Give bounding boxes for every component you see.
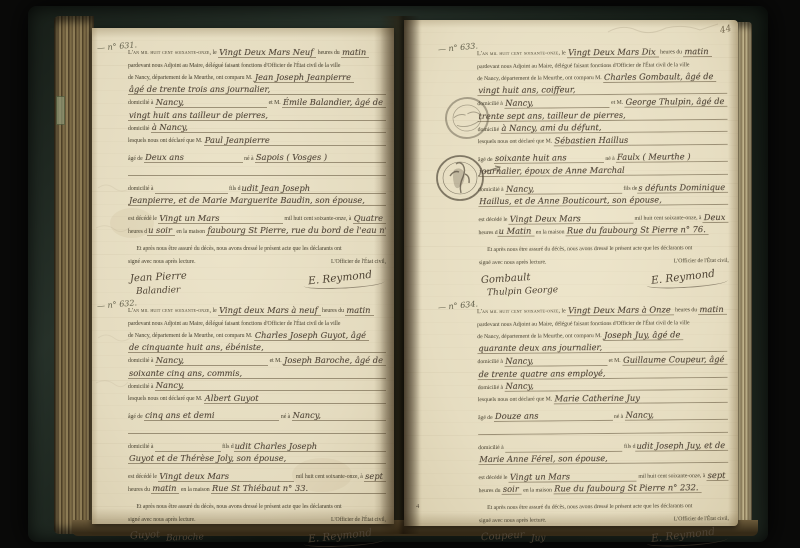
rule-line: [245, 370, 386, 379]
handwritten-entry: Paul Jeanpierre: [204, 135, 273, 146]
form-line: L'an mil huit cent soixante-onze, le Vin…: [128, 45, 386, 58]
printed-form-text: L'an mil huit cent soixante-onze,: [128, 308, 211, 316]
pencil-flourish: [604, 22, 724, 38]
printed-form-text: fils de: [622, 186, 637, 194]
handwritten-entry: Nancy,: [155, 97, 187, 108]
register-page-right: 44 4: [404, 20, 738, 526]
rule-line: [584, 214, 633, 223]
handwritten-entry: Nancy,: [155, 380, 187, 391]
handwritten-entry: Nancy,: [625, 410, 658, 421]
edge-label-sticker: [56, 96, 65, 125]
handwritten-entry: soixante cinq ans, commis,: [128, 368, 245, 379]
rule-line: [541, 412, 612, 422]
printed-form-text: heures du: [316, 50, 341, 58]
rule-line: [187, 382, 386, 391]
printed-form-text: fils d: [221, 444, 234, 452]
printed-form-text: le: [211, 308, 218, 316]
handwritten-entry: Vingt deux Mars: [158, 471, 232, 482]
handwritten-entry: à Nancy, ami du défunt,: [500, 122, 604, 134]
printed-form-text: âgé de: [128, 414, 144, 422]
form-line: domicilié à fils dudit Jean Joseph: [128, 181, 386, 194]
declarant-signatures: Gombault Thulpin George: [481, 272, 558, 297]
form-line: signé avec nous après lecture.L'Officier…: [479, 253, 729, 268]
form-line: est décédé le Vingt un Mars mil huit cen…: [478, 468, 728, 483]
handwritten-entry: u soir: [147, 225, 175, 236]
printed-form-text: en la maison: [534, 229, 566, 237]
handwritten-entry: Albert Guyot: [204, 393, 262, 404]
form-line: vingt huit ans tailleur de pierres,: [128, 108, 386, 121]
form-line: signé avec nous après lecture.L'Officier…: [479, 511, 729, 526]
printed-form-text: de Nancy, département de la Meurthe, ont…: [128, 75, 254, 83]
printed-form-text: heures du: [674, 307, 699, 315]
rule-line: [128, 425, 386, 434]
rule-line: [187, 99, 267, 108]
printed-form-text: domicilié à: [478, 385, 505, 393]
death-record-631: — n° 631. L'an mil huit cent soixante-on…: [128, 45, 386, 296]
rule-line: [368, 197, 386, 206]
officer-signature: E. Reymond: [307, 268, 372, 287]
printed-form-text: né à: [279, 414, 291, 422]
rule-line: [262, 395, 386, 404]
handwritten-entry: journalier, époux de Anne Marchal: [478, 165, 628, 177]
rule-line: [191, 124, 386, 133]
form-line: de trente quatre ans employé,: [478, 365, 728, 380]
handwritten-entry: Guillaume Coupeur, âgé: [622, 354, 727, 366]
rule-line: [217, 412, 279, 421]
handwritten-entry: Vingt un Mars: [509, 471, 573, 483]
handwritten-entry: trente sept ans, tailleur de pierres,: [477, 109, 628, 121]
form-line: âgé de cinq ans et demi né à Nancy,: [128, 409, 386, 422]
rule-line: [187, 357, 268, 366]
rule-line: [155, 443, 221, 452]
death-record-633: — n° 633. L'an mil huit cent soixante-on…: [477, 44, 729, 297]
rule-line: [537, 99, 610, 109]
form-line: domicilié à Nancy, et M. Guillaume Coupe…: [477, 352, 727, 367]
corner-page-number: 44: [719, 24, 733, 36]
printed-form-text: L'Officier de l'État civil,: [674, 258, 729, 266]
rule-line: [611, 454, 729, 464]
handwritten-entry: udit Joseph Juy, et de: [635, 439, 728, 451]
rule-line: [537, 357, 608, 367]
rule-line: [187, 154, 243, 163]
form-line: âgé de Douze ans né à Nancy,: [478, 408, 728, 423]
handwritten-entry: Haillus, et de Anne Bouticourt, son épou…: [478, 195, 665, 208]
form-line: de Nancy, département de la Meurthe, ont…: [128, 70, 386, 83]
rule-line: [631, 136, 728, 146]
handwritten-entry: Nancy,: [292, 410, 324, 421]
form-line: pardevant nous Adjoint au Maire, délégué…: [128, 316, 386, 329]
declarant-signature: Guyot: [130, 529, 161, 544]
printed-form-text: est décédé le: [478, 217, 508, 225]
rule-line: [604, 123, 727, 133]
form-line: âgé de trente trois ans journalier,: [128, 83, 386, 96]
printed-form-text: domicilié à: [128, 100, 155, 108]
rule-line: [629, 110, 728, 120]
handwritten-entry: matin: [698, 304, 726, 315]
handwritten-entry: Marie Anne Férel, son épouse,: [478, 453, 611, 465]
form-line: domicilié à Nancy, et M. Émile Balandier…: [128, 95, 386, 108]
form-line: lesquels nous ont déclaré que M. Marie C…: [478, 390, 728, 405]
printed-form-text: signé avec nous après lecture.: [479, 517, 547, 525]
handwritten-entry: Faulx ( Meurthe ): [616, 152, 694, 164]
printed-form-text: mil huit cent soixante-onze, à: [294, 474, 364, 482]
printed-form-text: et M.: [268, 358, 283, 366]
declarant-signatures: Guyot Baroche: [130, 530, 204, 543]
form-line: heures du Matin en la maison Rue du faub…: [478, 223, 728, 238]
officer-signature: E. Reymond: [307, 526, 372, 545]
handwritten-entry: udit Charles Joseph: [234, 441, 321, 452]
rule-line: [313, 185, 386, 194]
handwritten-entry: Vingt un Mars: [158, 213, 222, 224]
printed-form-text: L'Officier de l'État civil,: [331, 259, 386, 267]
handwritten-entry: Douze ans: [494, 411, 542, 422]
signatures-row: Guyot Baroche E. Reymond: [128, 530, 386, 543]
form-line: est décédé le Vingt un Mars mil huit cen…: [128, 211, 386, 224]
form-line: L'an mil huit cent soixante-onze, le Vin…: [477, 302, 727, 317]
form-line: Et après nous être assuré du décès, nous…: [128, 499, 386, 512]
form-line: heures du matin en la maison Rue St Thié…: [128, 482, 386, 495]
handwritten-entry: Nancy,: [504, 356, 537, 367]
printed-form-text: heures du: [659, 49, 684, 57]
handwritten-entry: Vingt Deux Mars à Onze: [567, 304, 674, 316]
handwritten-entry: de trente quatre ans employé,: [478, 368, 609, 380]
rule-line: [232, 473, 294, 482]
printed-form-text: L'an mil huit cent soixante-onze,: [477, 50, 560, 58]
declarant-signature: Thulpin George: [487, 285, 558, 298]
handwritten-entry: matin: [341, 47, 369, 58]
printed-form-text: est décédé le: [478, 475, 508, 483]
rule-line: [665, 196, 728, 206]
rule-line: [271, 112, 386, 121]
printed-form-text: et M.: [607, 358, 622, 366]
printed-form-text: le: [211, 50, 218, 58]
rule-line: [570, 154, 604, 163]
form-line: âgé de Deux ans né à Sapois ( Vosges ): [128, 151, 386, 164]
form-line: domicilié à Nancy,: [128, 379, 386, 392]
printed-form-text: né à: [612, 414, 624, 422]
form-line: heures du soir en la maison faubourg St …: [128, 224, 386, 237]
handwritten-entry: Vingt Deux Mars Neuf: [218, 47, 316, 58]
printed-form-text: et M.: [610, 100, 625, 108]
handwritten-entry: Vingt Deux Mars Dix: [567, 46, 659, 58]
signatures-row: Gombault Thulpin George E. Reymond: [479, 270, 729, 296]
handwritten-entry: Sapois ( Vosges ): [255, 152, 330, 163]
declarant-signature: Coupeur: [481, 529, 525, 545]
handwritten-entry: Nancy,: [505, 183, 538, 194]
handwritten-entry: s défunts Dominique: [637, 181, 728, 193]
printed-form-text: né à: [243, 156, 255, 164]
page-edges-left: [54, 16, 94, 534]
printed-form-text: signé avec nous après lecture.: [128, 259, 196, 267]
form-line: domicilié à Nancy, fils des défunts Domi…: [478, 180, 728, 195]
handwritten-entry: matin: [345, 305, 373, 316]
rule-line: [311, 485, 386, 494]
handwritten-entry: sept: [707, 470, 729, 481]
printed-form-text: domicilié à: [128, 186, 155, 194]
handwritten-entry: Rue du faubourg St Pierre n° 76.: [566, 224, 709, 236]
form-line: [478, 420, 728, 435]
handwritten-entry: Deux: [703, 212, 729, 223]
declarant-signature: Jean Pierre: [130, 270, 187, 284]
handwritten-entry: cinq ans et demi: [144, 410, 217, 421]
photographed-register-book: — n° 631. L'an mil huit cent soixante-on…: [0, 0, 800, 548]
printed-form-text: L'an mil huit cent soixante-onze,: [477, 308, 560, 316]
declarant-signature: Gombault: [481, 270, 559, 286]
form-line: heures du soir en la maison Rue du faubo…: [479, 481, 729, 496]
printed-form-text: en la maison: [522, 487, 554, 495]
printed-form-text: fils d: [623, 444, 636, 452]
signatures-row: Jean Pierre Balandier E. Reymond: [128, 272, 386, 296]
handwritten-entry: matin: [151, 483, 179, 494]
handwritten-entry: soir: [502, 484, 522, 495]
printed-form-text: heures d: [479, 230, 498, 238]
printed-form-text: L'an mil huit cent soixante-onze,: [128, 50, 211, 58]
rule-line: [657, 411, 728, 421]
form-line: L'an mil huit cent soixante-onze, le Vin…: [477, 44, 727, 59]
rule-line: [573, 472, 637, 482]
printed-form-text: lesquels nous ont déclaré que M.: [478, 139, 554, 147]
printed-form-text: né à: [604, 156, 616, 164]
handwritten-entry: Deux ans: [144, 152, 187, 163]
printed-form-text: âgé de: [128, 156, 144, 164]
printed-form-text: domicilié à: [128, 384, 155, 392]
record-body: L'an mil huit cent soixante-onze, le Vin…: [128, 45, 386, 267]
rule-line: [579, 85, 728, 95]
printed-form-text: de Nancy, département de la Meurthe, ont…: [477, 75, 603, 84]
printed-form-text: Et après nous être assuré du décès, nous…: [128, 504, 342, 512]
printed-form-text: lesquels nous ont déclaré que M.: [478, 397, 554, 405]
printed-form-text: pardevant nous Adjoint au Maire, délégué…: [128, 63, 340, 71]
form-line: domicilié à fils dudit Joseph Juy, et de: [478, 438, 728, 453]
form-line: domicilié à Nancy,: [478, 377, 728, 392]
printed-form-text: heures du: [479, 488, 502, 496]
rule-line: [155, 185, 228, 194]
printed-form-text: et M.: [267, 100, 282, 108]
printed-form-text: heures d: [128, 229, 147, 237]
rule-line: [694, 153, 728, 162]
handwritten-entry: udit Jean Joseph: [241, 183, 314, 194]
declarant-signatures: Jean Pierre Balandier: [130, 272, 187, 296]
form-line: soixante cinq ans, commis,: [128, 366, 386, 379]
printed-form-text: heures du: [128, 487, 151, 495]
printed-form-text: domicilié à: [128, 444, 155, 452]
handwritten-entry: faubourg St Pierre, rue du bord de l'eau…: [206, 225, 386, 236]
handwritten-entry: Rue St Thiébaut n° 33.: [211, 483, 311, 494]
printed-form-text: lesquels nous ont déclaré que M.: [128, 138, 204, 146]
form-line: est décédé le Vingt deux Mars mil huit c…: [128, 469, 386, 482]
printed-form-text: mil huit cent soixante-onze, à: [283, 216, 353, 224]
handwritten-entry: u Matin: [498, 226, 535, 237]
record-number: — n° 634.: [438, 299, 479, 312]
printed-form-text: âgé de: [478, 415, 494, 423]
rule-line: [320, 443, 386, 452]
record-body: L'an mil huit cent soixante-onze, le Vin…: [477, 302, 729, 526]
form-line: Jeanpierre, et de Marie Marguerite Baudi…: [128, 194, 386, 207]
form-line: de cinquante huit ans, ébéniste,: [128, 341, 386, 354]
form-line: de Nancy, département de la Meurthe, ont…: [477, 69, 727, 84]
printed-form-text: domicilié à: [478, 445, 505, 453]
printed-form-text: de Nancy, département de la Meurthe, ont…: [128, 333, 254, 341]
handwritten-entry: Nancy,: [155, 355, 187, 366]
rule-line: [608, 368, 727, 378]
form-line: trente sept ans, tailleur de pierres,: [477, 107, 727, 122]
rule-line: [273, 137, 386, 146]
record-body: L'an mil huit cent soixante-onze, le Vin…: [128, 303, 386, 525]
form-line: domicilié à Nancy, et M. George Thulpin,…: [477, 94, 727, 109]
handwritten-entry: Nancy,: [504, 381, 537, 392]
form-line: signé avec nous après lecture.L'Officier…: [128, 512, 386, 525]
handwritten-entry: Joseph Juy, âgé de: [603, 329, 683, 341]
handwritten-entry: Rue du faubourg St Pierre n° 232.: [553, 482, 701, 494]
printed-form-text: domicilié à: [478, 187, 505, 195]
printed-form-text: L'Officier de l'État civil,: [674, 516, 729, 524]
record-number: — n° 633.: [438, 41, 479, 54]
register-page-left: — n° 631. L'an mil huit cent soixante-on…: [92, 28, 394, 524]
printed-form-text: pardevant nous Adjoint au Maire, délégué…: [128, 321, 340, 329]
form-line: [128, 421, 386, 434]
rule-line: [267, 344, 386, 353]
handwritten-entry: vingt huit ans tailleur de pierres,: [128, 110, 271, 121]
form-line: de Nancy, département de la Meurthe, ont…: [128, 328, 386, 341]
printed-form-text: L'Officier de l'État civil,: [331, 517, 386, 525]
rule-line: [643, 394, 728, 404]
form-line: signé avec nous après lecture.L'Officier…: [128, 254, 386, 267]
signatures-row: Coupeur Juy E. Reymond: [479, 528, 729, 543]
printed-form-text: mil huit cent soixante-onze, à: [637, 473, 707, 481]
declarant-signature: Balandier: [136, 285, 187, 297]
handwritten-entry: Charles Gombault, âgé de: [603, 71, 717, 83]
form-line: Marie Anne Férel, son épouse,: [478, 450, 728, 465]
handwritten-entry: Vingt Deux Mars: [509, 213, 584, 225]
handwritten-entry: de cinquante huit ans, ébéniste,: [128, 342, 267, 353]
printed-form-text: est décédé le: [128, 216, 158, 224]
handwritten-entry: sept: [364, 471, 386, 482]
form-line: domicilié à fils dudit Charles Joseph: [128, 439, 386, 452]
handwritten-entry: vingt huit ans, coiffeur,: [477, 85, 578, 97]
form-line: domicilié à Nancy, et M. Joseph Baroche,…: [128, 353, 386, 366]
death-record-632: — n° 632. L'an mil huit cent soixante-on…: [128, 303, 386, 543]
handwritten-entry: à Nancy,: [151, 122, 191, 133]
printed-form-text: de Nancy, département de la Meurthe, ont…: [477, 333, 603, 342]
officer-signature: E. Reymond: [650, 267, 715, 286]
handwritten-entry: Marie Catherine Juy: [554, 392, 643, 404]
printed-form-text: domicilié à: [128, 358, 155, 366]
printed-form-text: âgé de: [478, 157, 494, 165]
printed-form-text: en la maison: [175, 229, 207, 237]
printed-form-text: domicilié: [478, 127, 501, 135]
form-line: Guyot et de Thérèse Joly, son épouse,: [128, 452, 386, 465]
handwritten-entry: âgé de trente trois ans journalier,: [128, 84, 273, 95]
rule-line: [273, 86, 386, 95]
printed-form-text: en la maison: [179, 487, 211, 495]
handwritten-entry: soixante huit ans: [494, 153, 570, 165]
printed-form-text: est décédé le: [128, 474, 158, 482]
form-line: lesquels nous ont déclaré que M. Paul Je…: [128, 133, 386, 146]
form-line: âgé de soixante huit ans né à Faulx ( Me…: [478, 150, 728, 165]
handwritten-entry: Guyot et de Thérèse Joly, son épouse,: [128, 453, 289, 464]
printed-form-text: signé avec nous après lecture.: [479, 259, 547, 267]
form-line: lesquels nous ont déclaré que M. Sébasti…: [478, 132, 728, 147]
form-line: lesquels nous ont déclaré que M. Albert …: [128, 391, 386, 404]
death-record-634: — n° 634. L'an mil huit cent soixante-on…: [477, 302, 729, 544]
form-line: domicilié à Nancy, ami du défunt,: [478, 119, 728, 134]
quire-mark: 4: [416, 503, 419, 510]
form-line: est décédé le Vingt Deux Mars mil huit c…: [478, 210, 728, 225]
handwritten-entry: quarante deux ans journalier,: [477, 342, 605, 354]
form-line: journalier, époux de Anne Marchal: [478, 162, 728, 177]
printed-form-text: heures du: [321, 308, 346, 316]
form-line: Et après nous être assuré du décès, nous…: [479, 240, 729, 255]
printed-form-text: domicilié à: [477, 359, 504, 367]
printed-form-text: domicilié à: [477, 101, 504, 109]
handwritten-entry: matin: [683, 46, 711, 57]
form-line: Et après nous être assuré du décès, nous…: [128, 241, 386, 254]
register-book: — n° 631. L'an mil huit cent soixante-on…: [28, 6, 768, 542]
form-line: L'an mil huit cent soixante-onze, le Vin…: [128, 303, 386, 316]
rule-line: [222, 215, 282, 224]
rule-line: [628, 166, 728, 176]
declarant-signatures: Coupeur Juy: [481, 530, 545, 544]
officer-signature: E. Reymond: [650, 525, 715, 544]
form-line: pardevant nous Adjoint au Maire, délégué…: [128, 58, 386, 71]
rule-line: [478, 424, 728, 435]
rule-line: [537, 381, 728, 392]
form-line: Et après nous être assuré du décès, nous…: [479, 498, 729, 513]
printed-form-text: domicilié: [128, 126, 151, 134]
handwritten-entry: Charles Joseph Guyot, âgé: [254, 330, 369, 341]
form-line: [128, 163, 386, 176]
rule-line: [289, 455, 386, 464]
form-line: vingt huit ans, coiffeur,: [477, 82, 727, 97]
rule-line: [505, 442, 623, 452]
printed-form-text: lesquels nous ont déclaré que M.: [128, 396, 204, 404]
rule-line: [330, 154, 386, 163]
rule-line: [324, 412, 386, 421]
declarant-signature: Juy: [530, 533, 545, 544]
handwritten-entry: Émile Balandier, âgé de: [282, 97, 386, 108]
handwritten-entry: Joseph Baroche, âgé de: [283, 355, 386, 366]
rule-line: [128, 167, 386, 176]
declarant-signature: Baroche: [166, 532, 204, 543]
record-body: L'an mil huit cent soixante-onze, le Vin…: [477, 44, 729, 268]
handwritten-entry: Vingt deux Mars à neuf: [218, 305, 321, 316]
form-line: quarante deux ans journalier,: [477, 340, 727, 355]
handwritten-entry: Sébastien Haillus: [553, 135, 631, 147]
rule-line: [537, 184, 622, 194]
handwritten-entry: George Thulpin, âgé de: [625, 96, 728, 108]
handwritten-entry: Quatre: [353, 213, 386, 224]
handwritten-entry: Jeanpierre, et de Marie Marguerite Baudi…: [128, 195, 368, 206]
rule-line: [605, 343, 727, 353]
printed-form-text: fils d: [228, 186, 241, 194]
printed-form-text: mil huit cent soixante-onze, à: [633, 215, 703, 223]
printed-form-text: Et après nous être assuré du décès, nous…: [128, 246, 342, 254]
handwritten-entry: Jean Joseph Jeanpierre: [254, 72, 354, 83]
form-line: Haillus, et de Anne Bouticourt, son épou…: [478, 192, 728, 207]
printed-form-text: signé avec nous après lecture.: [128, 517, 196, 525]
handwritten-entry: Nancy,: [504, 98, 537, 109]
form-line: domicilié à Nancy,: [128, 121, 386, 134]
